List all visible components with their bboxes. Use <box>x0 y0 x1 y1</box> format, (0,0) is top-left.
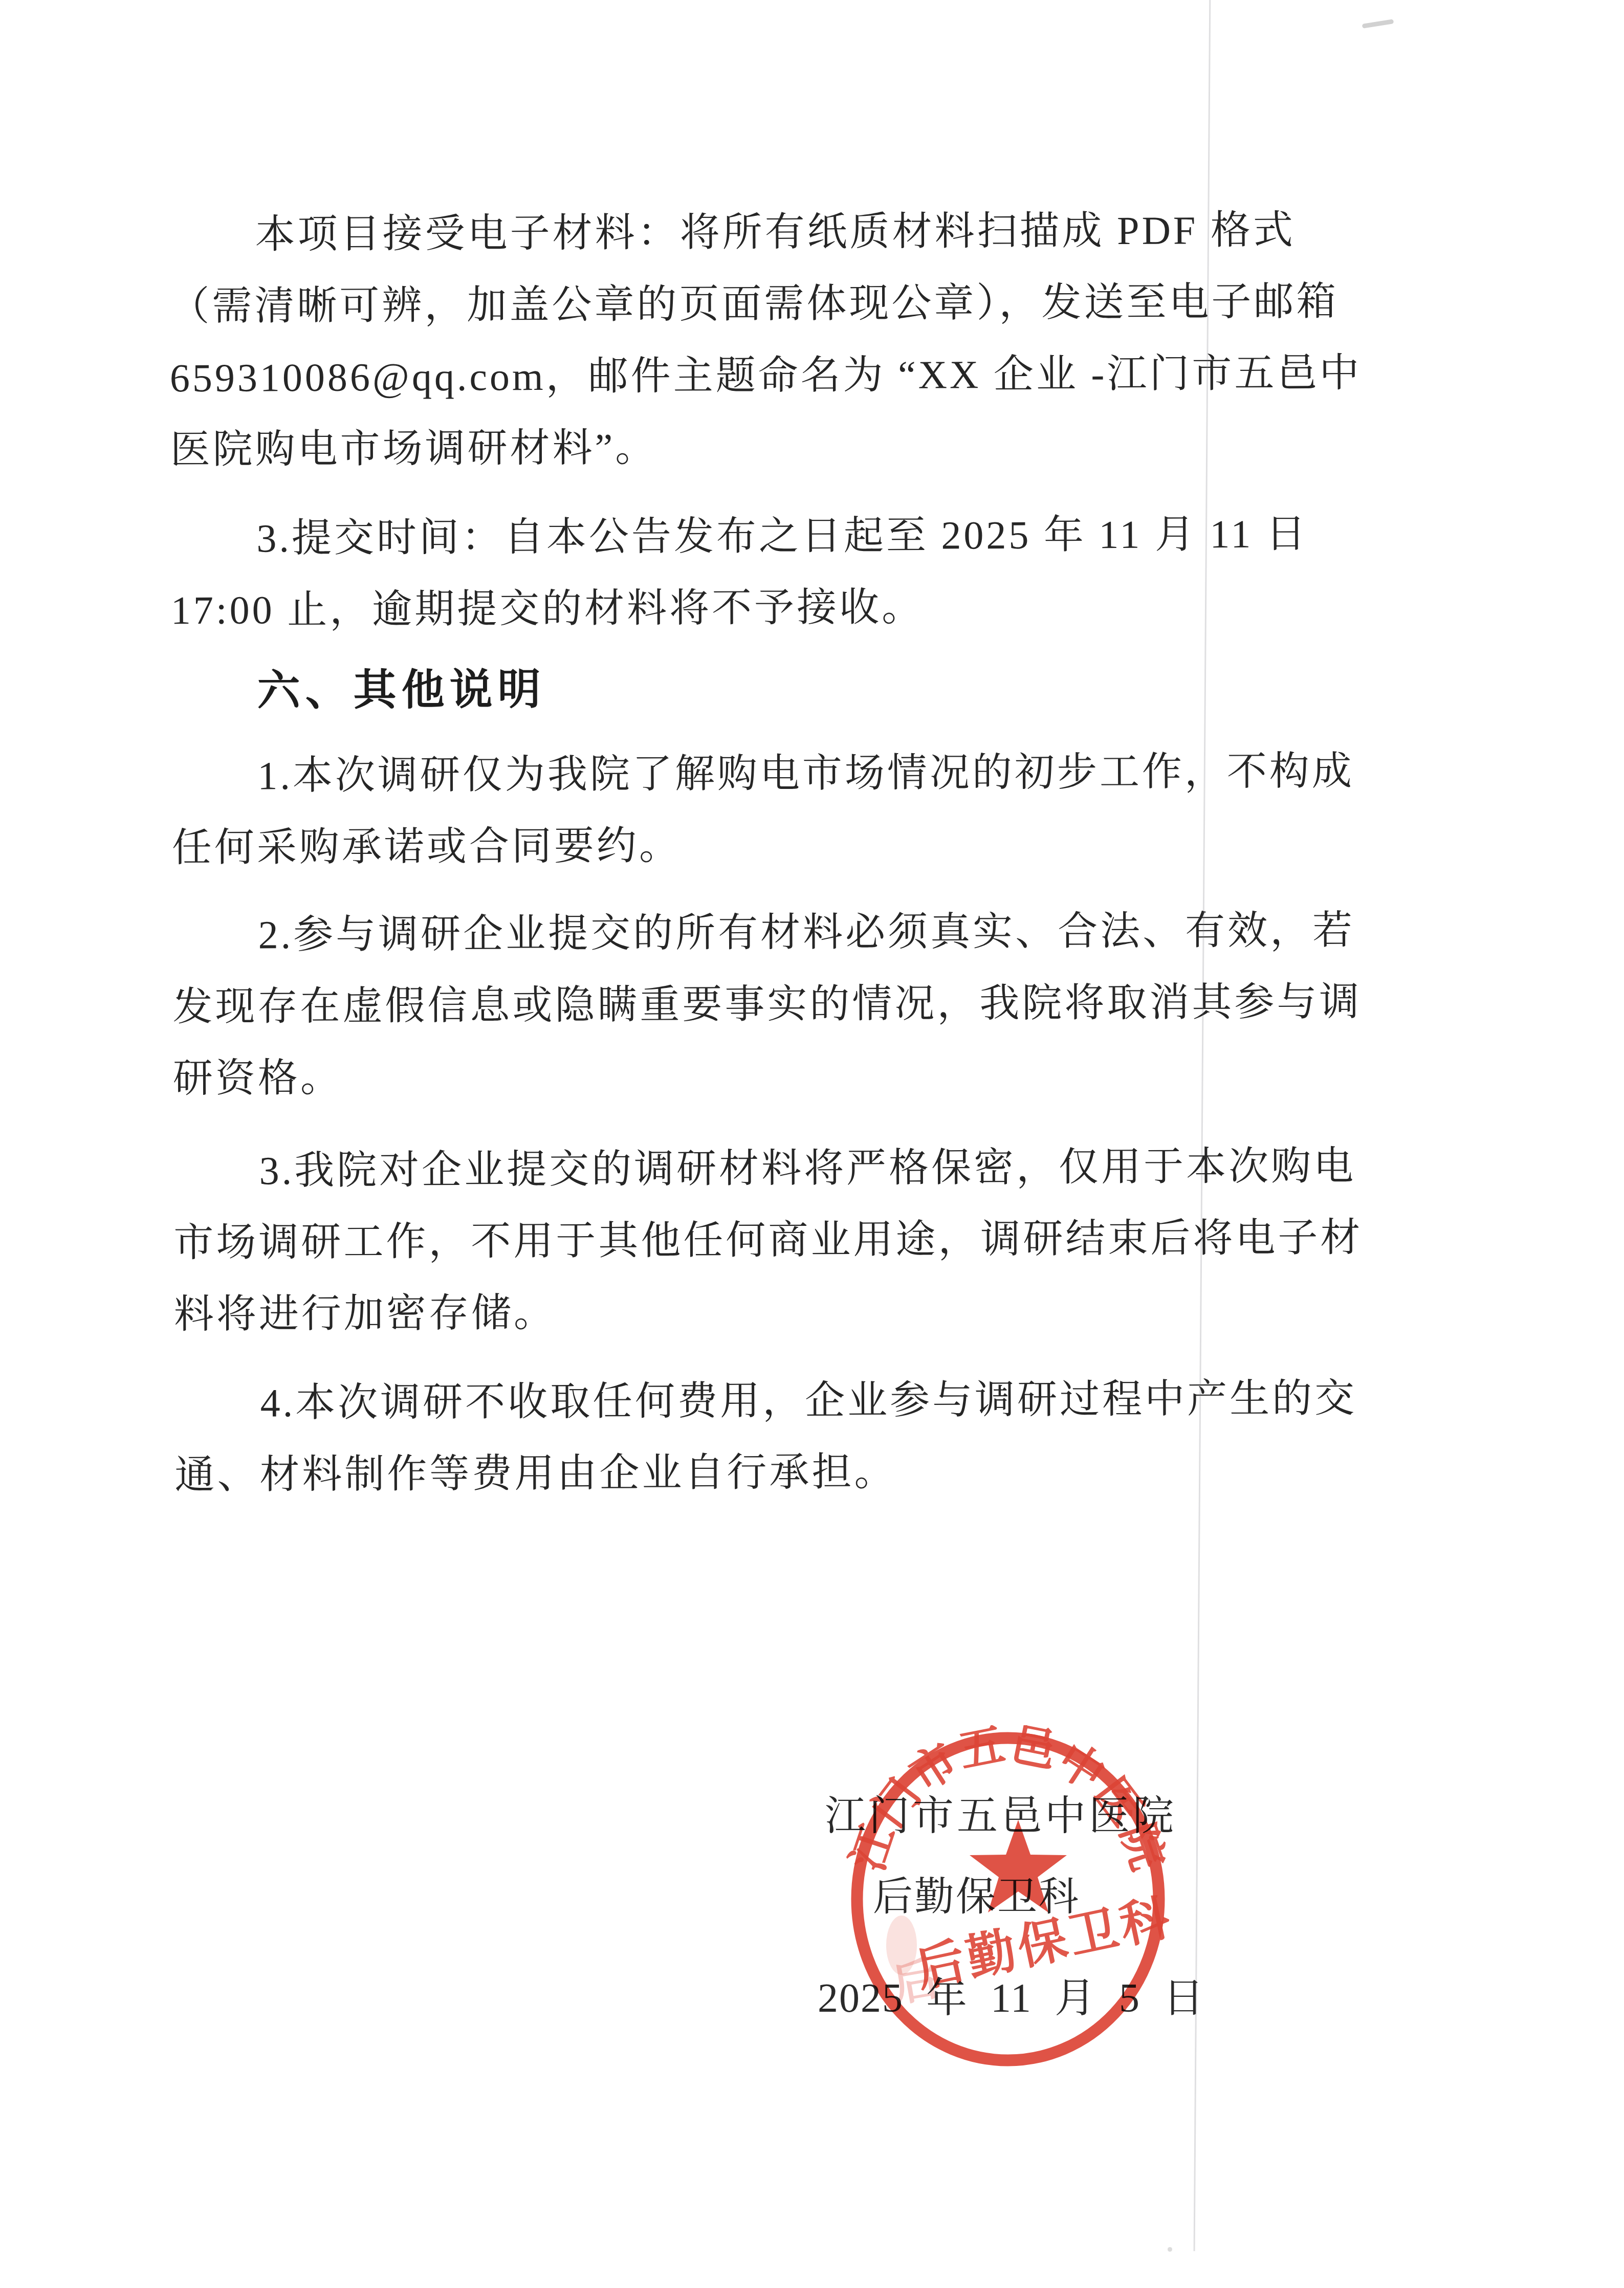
paragraph-electronic-materials: 本项目接受电子材料：将所有纸质材料扫描成 PDF 格式 （需清晰可辨，加盖公章的… <box>169 194 1375 486</box>
body-line: 医院购电市场调研材料”。 <box>170 409 1376 486</box>
body-line: 任何采购承诺或合同要约。 <box>172 807 1378 884</box>
seal-star-icon <box>970 1820 1067 1912</box>
paragraph-note-2: 2.参与调研企业提交的所有材料必须真实、合法、有效，若 发现存在虚假信息或隐瞒重… <box>172 894 1378 1114</box>
body-line: 料将进行加密存储。 <box>174 1273 1380 1350</box>
body-line: 发现存在虚假信息或隐瞒重要事实的情况，我院将取消其参与调 <box>172 966 1378 1043</box>
official-seal-stamp: 江门市五邑中医院 后勤保卫科 后 <box>844 1725 1172 2073</box>
paragraph-note-3: 3.我院对企业提交的调研材料将严格保密，仅用于本次购电 市场调研工作，不用于其他… <box>173 1130 1379 1350</box>
body-line: 659310086@qq.com，邮件主题命名为 “XX 企业 -江门市五邑中 <box>170 337 1376 414</box>
document-body: 本项目接受电子材料：将所有纸质材料扫描成 PDF 格式 （需清晰可辨，加盖公章的… <box>169 194 1380 1511</box>
paragraph-submission-deadline: 3.提交时间：自本公告发布之日起至 2025 年 11 月 11 日 17:00… <box>170 498 1376 646</box>
seal-ink-smudge <box>886 1916 917 1975</box>
official-seal-graphic: 江门市五邑中医院 后勤保卫科 后 <box>844 1725 1172 2073</box>
paragraph-note-1: 1.本次调研仅为我院了解购电市场情况的初步工作，不构成 任何采购承诺或合同要约。 <box>171 735 1377 884</box>
scanned-document-page: 本项目接受电子材料：将所有纸质材料扫描成 PDF 格式 （需清晰可辨，加盖公章的… <box>0 0 1624 2288</box>
body-line: 本项目接受电子材料：将所有纸质材料扫描成 PDF 格式 <box>169 194 1375 271</box>
body-line: 3.我院对企业提交的调研材料将严格保密，仅用于本次购电 <box>173 1130 1379 1207</box>
scan-artifact <box>1168 2247 1172 2252</box>
body-line: （需清晰可辨，加盖公章的页面需体现公章），发送至电子邮箱 <box>169 266 1375 342</box>
scan-artifact <box>1362 19 1394 29</box>
body-line: 3.提交时间：自本公告发布之日起至 2025 年 11 月 11 日 <box>170 498 1376 575</box>
body-line: 17:00 止，逾期提交的材料将不予接收。 <box>171 569 1377 646</box>
section-heading-other-notes: 六、其他说明 <box>171 650 1377 727</box>
body-line: 研资格。 <box>173 1038 1379 1114</box>
body-line: 1.本次调研仅为我院了解购电市场情况的初步工作，不构成 <box>171 735 1377 812</box>
body-line: 市场调研工作，不用于其他任何商业用途，调研结束后将电子材 <box>173 1202 1379 1279</box>
body-line: 2.参与调研企业提交的所有材料必须真实、合法、有效，若 <box>172 894 1378 971</box>
